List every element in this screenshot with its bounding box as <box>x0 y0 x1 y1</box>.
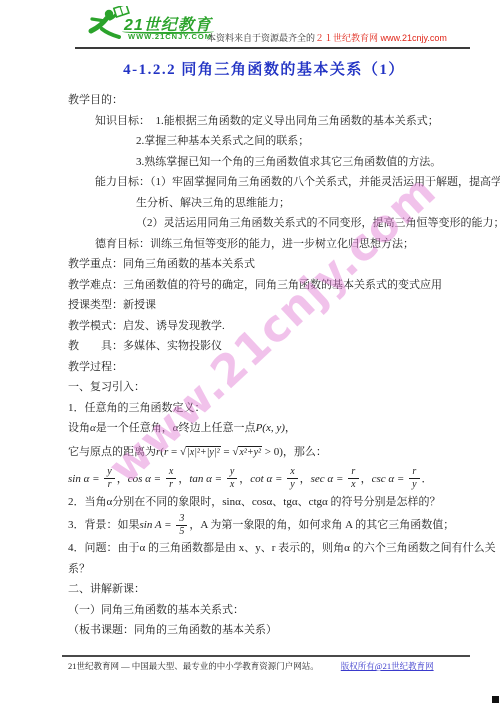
text-run: ， <box>117 473 128 485</box>
body-line: 4．问题：由于α 的三角函数都是由 x、y、r 表示的，则角α 的六个三角函数之… <box>68 538 460 559</box>
site-logo: 21世纪教育 www.21cnjy.com <box>84 6 219 48</box>
text-run: 2．当角α分别在不同的象限时，sinα、cosα、tgα、ctgα 的符号分别是… <box>68 496 441 508</box>
text-run: （板书课题：同角的三角函数的基本关系） <box>68 624 277 636</box>
text-run: 授课类型：新授课 <box>68 299 156 311</box>
text-run: 教学过程： <box>68 361 123 373</box>
body-line: （一）同角三角函数的基本关系式： <box>68 600 460 621</box>
text-run: 系？ <box>68 563 90 575</box>
body-line: 教学模式：启发、诱导发现教学. <box>68 316 460 337</box>
body-line: 2.掌握三种基本关系式之间的联系； <box>68 131 460 152</box>
text-run: 知识目标： 1.能根据三角函数的定义导出同角三角函数的基本关系式； <box>95 115 439 127</box>
text-run: = <box>168 446 180 458</box>
math-text-run: cot α = <box>250 473 285 485</box>
text-run: 3.熟练掌握已知一个角的三角函数值求其它三角函数值的方法。 <box>136 156 441 168</box>
corner-marker <box>492 696 499 703</box>
text-run: ． <box>422 473 433 485</box>
body-line: 能力目标：（1）牢固掌握同角三角函数的八个关系式，并能灵活运用于解题，提高学 <box>68 172 460 193</box>
text-run: 它与原点的距离为 <box>68 446 156 458</box>
tagline-plain: 本资料来自于资源最齐全的 <box>207 33 315 43</box>
fraction-denominator: x <box>227 478 237 490</box>
fraction-denominator: r <box>166 478 176 490</box>
footer-rule <box>62 655 470 657</box>
sqrt-radicand: |x|²+|y|² <box>186 446 221 458</box>
body-line: 一、复习引入： <box>68 377 460 398</box>
footer-text: 21世纪教育网 — 中国最大型、最专业的中小学教育资源门户网站。 <box>68 661 319 671</box>
text-run: 教学模式：启发、诱导发现教学. <box>68 320 225 332</box>
fraction-denominator: r <box>104 478 114 490</box>
text-run: 教学难点：三角函数值的符号的确定，同角三角函数的基本关系式的变式应用 <box>68 279 442 291</box>
text-run: > 0)，那么： <box>262 446 327 458</box>
fraction-numerator: r <box>348 467 358 478</box>
text-run: （2）灵活运用同角三角函数关系式的不同变形，提高三角恒等变形的能力； <box>136 217 500 229</box>
text-run: ， <box>361 473 372 485</box>
math-text-run: sin A = <box>140 519 175 531</box>
text-run: 生分析、解决三角的思维能力； <box>136 197 290 209</box>
math-text-run: cos α = <box>128 473 164 485</box>
text-run: 德育目标：训练三角恒等变形的能力，进一步树立化归思想方法； <box>95 238 414 250</box>
body-line: 2．当角α分别在不同的象限时，sinα、cosα、tgα、ctgα 的符号分别是… <box>68 492 460 513</box>
sqrt-radicand: x²+y² <box>238 446 262 458</box>
body-line: 教学重点：同角三角函数的基本关系式 <box>68 254 460 275</box>
document-body: 教学目的：知识目标： 1.能根据三角函数的定义导出同角三角函数的基本关系式；2.… <box>68 90 460 641</box>
body-line: 它与原点的距离为r(r = √|x|²+|y|² = √x²+y² > 0)，那… <box>68 439 460 466</box>
page-title: 4-1.2.2 同角三角函数的基本关系（1） <box>68 58 460 82</box>
tagline-red: ２１世纪教育网 www.21cnjy.com <box>315 33 447 43</box>
text-run: ， <box>178 473 189 485</box>
text-run: = <box>221 446 233 458</box>
fraction: ry <box>409 467 419 490</box>
body-line: 知识目标： 1.能根据三角函数的定义导出同角三角函数的基本关系式； <box>68 111 460 132</box>
text-run: ，A 为第一象限的角，如何求角 A 的其它三角函数值； <box>189 519 454 531</box>
body-line: （板书课题：同角的三角函数的基本关系） <box>68 620 460 641</box>
body-line: 教 具：多媒体、实物投影仪 <box>68 336 460 357</box>
body-line: 教学目的： <box>68 90 460 111</box>
fraction-denominator: 5 <box>176 525 187 537</box>
text-run: 是一个任意角， <box>96 422 173 434</box>
fraction-numerator: y <box>227 467 237 478</box>
math-text-run: tan α = <box>189 473 225 485</box>
body-line: 二、讲解新课： <box>68 579 460 600</box>
body-line: 生分析、解决三角的思维能力； <box>68 193 460 214</box>
document-content: 4-1.2.2 同角三角函数的基本关系（1） 教学目的：知识目标： 1.能根据三… <box>68 58 460 641</box>
body-line: 教学难点：三角函数值的符号的确定，同角三角函数的基本关系式的变式应用 <box>68 275 460 296</box>
math-text-run: P(x, y) <box>256 422 285 434</box>
body-line: 授课类型：新授课 <box>68 295 460 316</box>
body-line: 系？ <box>68 559 460 580</box>
fraction-denominator: x <box>348 478 358 490</box>
body-line: 1．任意角的三角函数定义： <box>68 398 460 419</box>
text-run: ， <box>285 422 296 434</box>
text-run: ， <box>239 473 250 485</box>
text-run: 3．背景：如果 <box>68 519 140 531</box>
body-line: 教学过程： <box>68 357 460 378</box>
fraction-numerator: y <box>104 467 114 478</box>
footer-copyright-link[interactable]: 版权所有@21世纪教育网 <box>341 661 434 671</box>
fraction-numerator: 3 <box>176 514 187 525</box>
text-run: （一）同角三角函数的基本关系式： <box>68 604 244 616</box>
logo-url-text: www.21cnjy.com <box>128 32 212 41</box>
text-run: 能力目标：（1）牢固掌握同角三角函数的八个关系式，并能灵活运用于解题，提高学 <box>95 176 500 188</box>
fraction: xr <box>166 467 176 490</box>
fraction: xy <box>287 467 297 490</box>
body-line: 德育目标：训练三角恒等变形的能力，进一步树立化归思想方法； <box>68 234 460 255</box>
fraction-numerator: r <box>409 467 419 478</box>
body-line: 设角α是一个任意角，α终边上任意一点P(x, y)， <box>68 418 460 439</box>
math-text-run: sec α = <box>311 473 347 485</box>
body-line: sin α = yr，cos α = xr，tan α = yx，cot α =… <box>68 466 460 492</box>
fraction-numerator: x <box>166 467 176 478</box>
text-run: 一、复习引入： <box>68 381 145 393</box>
body-line: 3．背景：如果sin A = 35，A 为第一象限的角，如何求角 A 的其它三角… <box>68 512 460 538</box>
text-run: 1．任意角的三角函数定义： <box>68 402 206 414</box>
fraction-denominator: y <box>287 478 297 490</box>
fraction: 35 <box>176 514 187 537</box>
text-run: 2.掌握三种基本关系式之间的联系； <box>136 135 309 147</box>
body-line: （2）灵活运用同角三角函数关系式的不同变形，提高三角恒等变形的能力； <box>68 213 460 234</box>
text-run: 二、讲解新课： <box>68 583 145 595</box>
header-tagline: 本资料来自于资源最齐全的２１世纪教育网 www.21cnjy.com <box>207 31 447 44</box>
document-page: 21世纪教育 www.21cnjy.com 本资料来自于资源最齐全的２１世纪教育… <box>0 0 500 707</box>
math-text-run: sin α = <box>68 473 102 485</box>
fraction: yr <box>104 467 114 490</box>
text-run: 教学目的： <box>68 94 123 106</box>
text-run: 教学重点：同角三角函数的基本关系式 <box>68 258 255 270</box>
body-line: 3.熟练掌握已知一个角的三角函数值求其它三角函数值的方法。 <box>68 152 460 173</box>
text-run: 教 具：多媒体、实物投影仪 <box>68 340 222 352</box>
header-rule <box>75 47 470 49</box>
sqrt-radical: √|x|²+|y|² <box>180 446 221 458</box>
footer: 21世纪教育网 — 中国最大型、最专业的中小学教育资源门户网站。版权所有@21世… <box>68 660 468 672</box>
fraction-numerator: x <box>287 467 297 478</box>
text-run: 4．问题：由于α 的三角函数都是由 x、y、r 表示的，则角α 的六个三角函数之… <box>68 542 496 554</box>
text-run: ， <box>300 473 311 485</box>
text-run: 终边上任意一点 <box>179 422 256 434</box>
fraction: yx <box>227 467 237 490</box>
fraction-denominator: y <box>409 478 419 490</box>
fraction: rx <box>348 467 358 490</box>
text-run: 设角 <box>68 422 90 434</box>
sqrt-radical: √x²+y² <box>232 446 262 458</box>
math-text-run: csc α = <box>372 473 408 485</box>
